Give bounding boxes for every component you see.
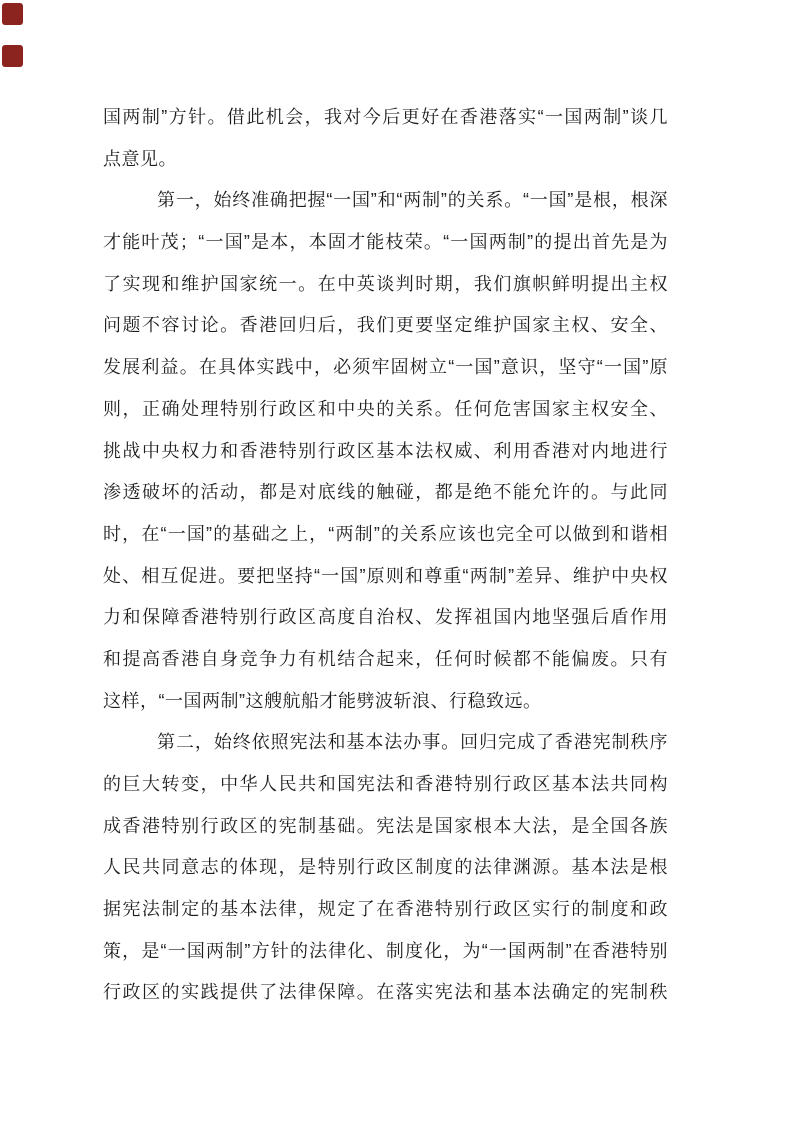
text-line: 人民共同意志的体现，是特别行政区制度的法律渊源。基本法是根 xyxy=(103,847,668,889)
text-line: 则，正确处理特别行政区和中央的关系。任何危害国家主权安全、 xyxy=(103,389,668,431)
text-line: 第二，始终依照宪法和基本法办事。回归完成了香港宪制秩序 xyxy=(103,722,668,764)
red-corner-mark-bottom xyxy=(2,45,23,67)
text-line: 才能叶茂；“一国”是本，本固才能枝荣。“一国两制”的提出首先是为 xyxy=(103,222,668,264)
text-line: 国两制”方针。借此机会，我对今后更好在香港落实“一国两制”谈几 xyxy=(103,97,668,139)
text-line: 问题不容讨论。香港回归后，我们更要坚定维护国家主权、安全、 xyxy=(103,305,668,347)
text-line: 时，在“一国”的基础之上，“两制”的关系应该也完全可以做到和谐相 xyxy=(103,514,668,556)
text-line: 成香港特别行政区的宪制基础。宪法是国家根本大法，是全国各族 xyxy=(103,806,668,848)
red-corner-mark-top xyxy=(2,3,23,25)
text-line: 这样，“一国两制”这艘航船才能劈波斩浪、行稳致远。 xyxy=(103,681,668,723)
text-line: 点意见。 xyxy=(103,139,668,181)
text-line: 发展利益。在具体实践中，必须牢固树立“一国”意识，坚守“一国”原 xyxy=(103,347,668,389)
text-line: 了实现和维护国家统一。在中英谈判时期，我们旗帜鲜明提出主权 xyxy=(103,264,668,306)
document-page: 国两制”方针。借此机会，我对今后更好在香港落实“一国两制”谈几点意见。第一，始终… xyxy=(0,0,800,1130)
text-line: 力和保障香港特别行政区高度自治权、发挥祖国内地坚强后盾作用 xyxy=(103,597,668,639)
text-line: 据宪法制定的基本法律，规定了在香港特别行政区实行的制度和政 xyxy=(103,889,668,931)
text-line: 处、相互促进。要把坚持“一国”原则和尊重“两制”差异、维护中央权 xyxy=(103,556,668,598)
text-line: 策，是“一国两制”方针的法律化、制度化，为“一国两制”在香港特别 xyxy=(103,931,668,973)
text-line: 挑战中央权力和香港特别行政区基本法权威、利用香港对内地进行 xyxy=(103,431,668,473)
text-line: 和提高香港自身竞争力有机结合起来，任何时候都不能偏废。只有 xyxy=(103,639,668,681)
text-line: 渗透破坏的活动，都是对底线的触碰，都是绝不能允许的。与此同 xyxy=(103,472,668,514)
text-line: 的巨大转变，中华人民共和国宪法和香港特别行政区基本法共同构 xyxy=(103,764,668,806)
text-line: 行政区的实践提供了法律保障。在落实宪法和基本法确定的宪制秩 xyxy=(103,972,668,1014)
document-body-text: 国两制”方针。借此机会，我对今后更好在香港落实“一国两制”谈几点意见。第一，始终… xyxy=(103,97,668,1014)
text-line: 第一，始终准确把握“一国”和“两制”的关系。“一国”是根，根深 xyxy=(103,180,668,222)
